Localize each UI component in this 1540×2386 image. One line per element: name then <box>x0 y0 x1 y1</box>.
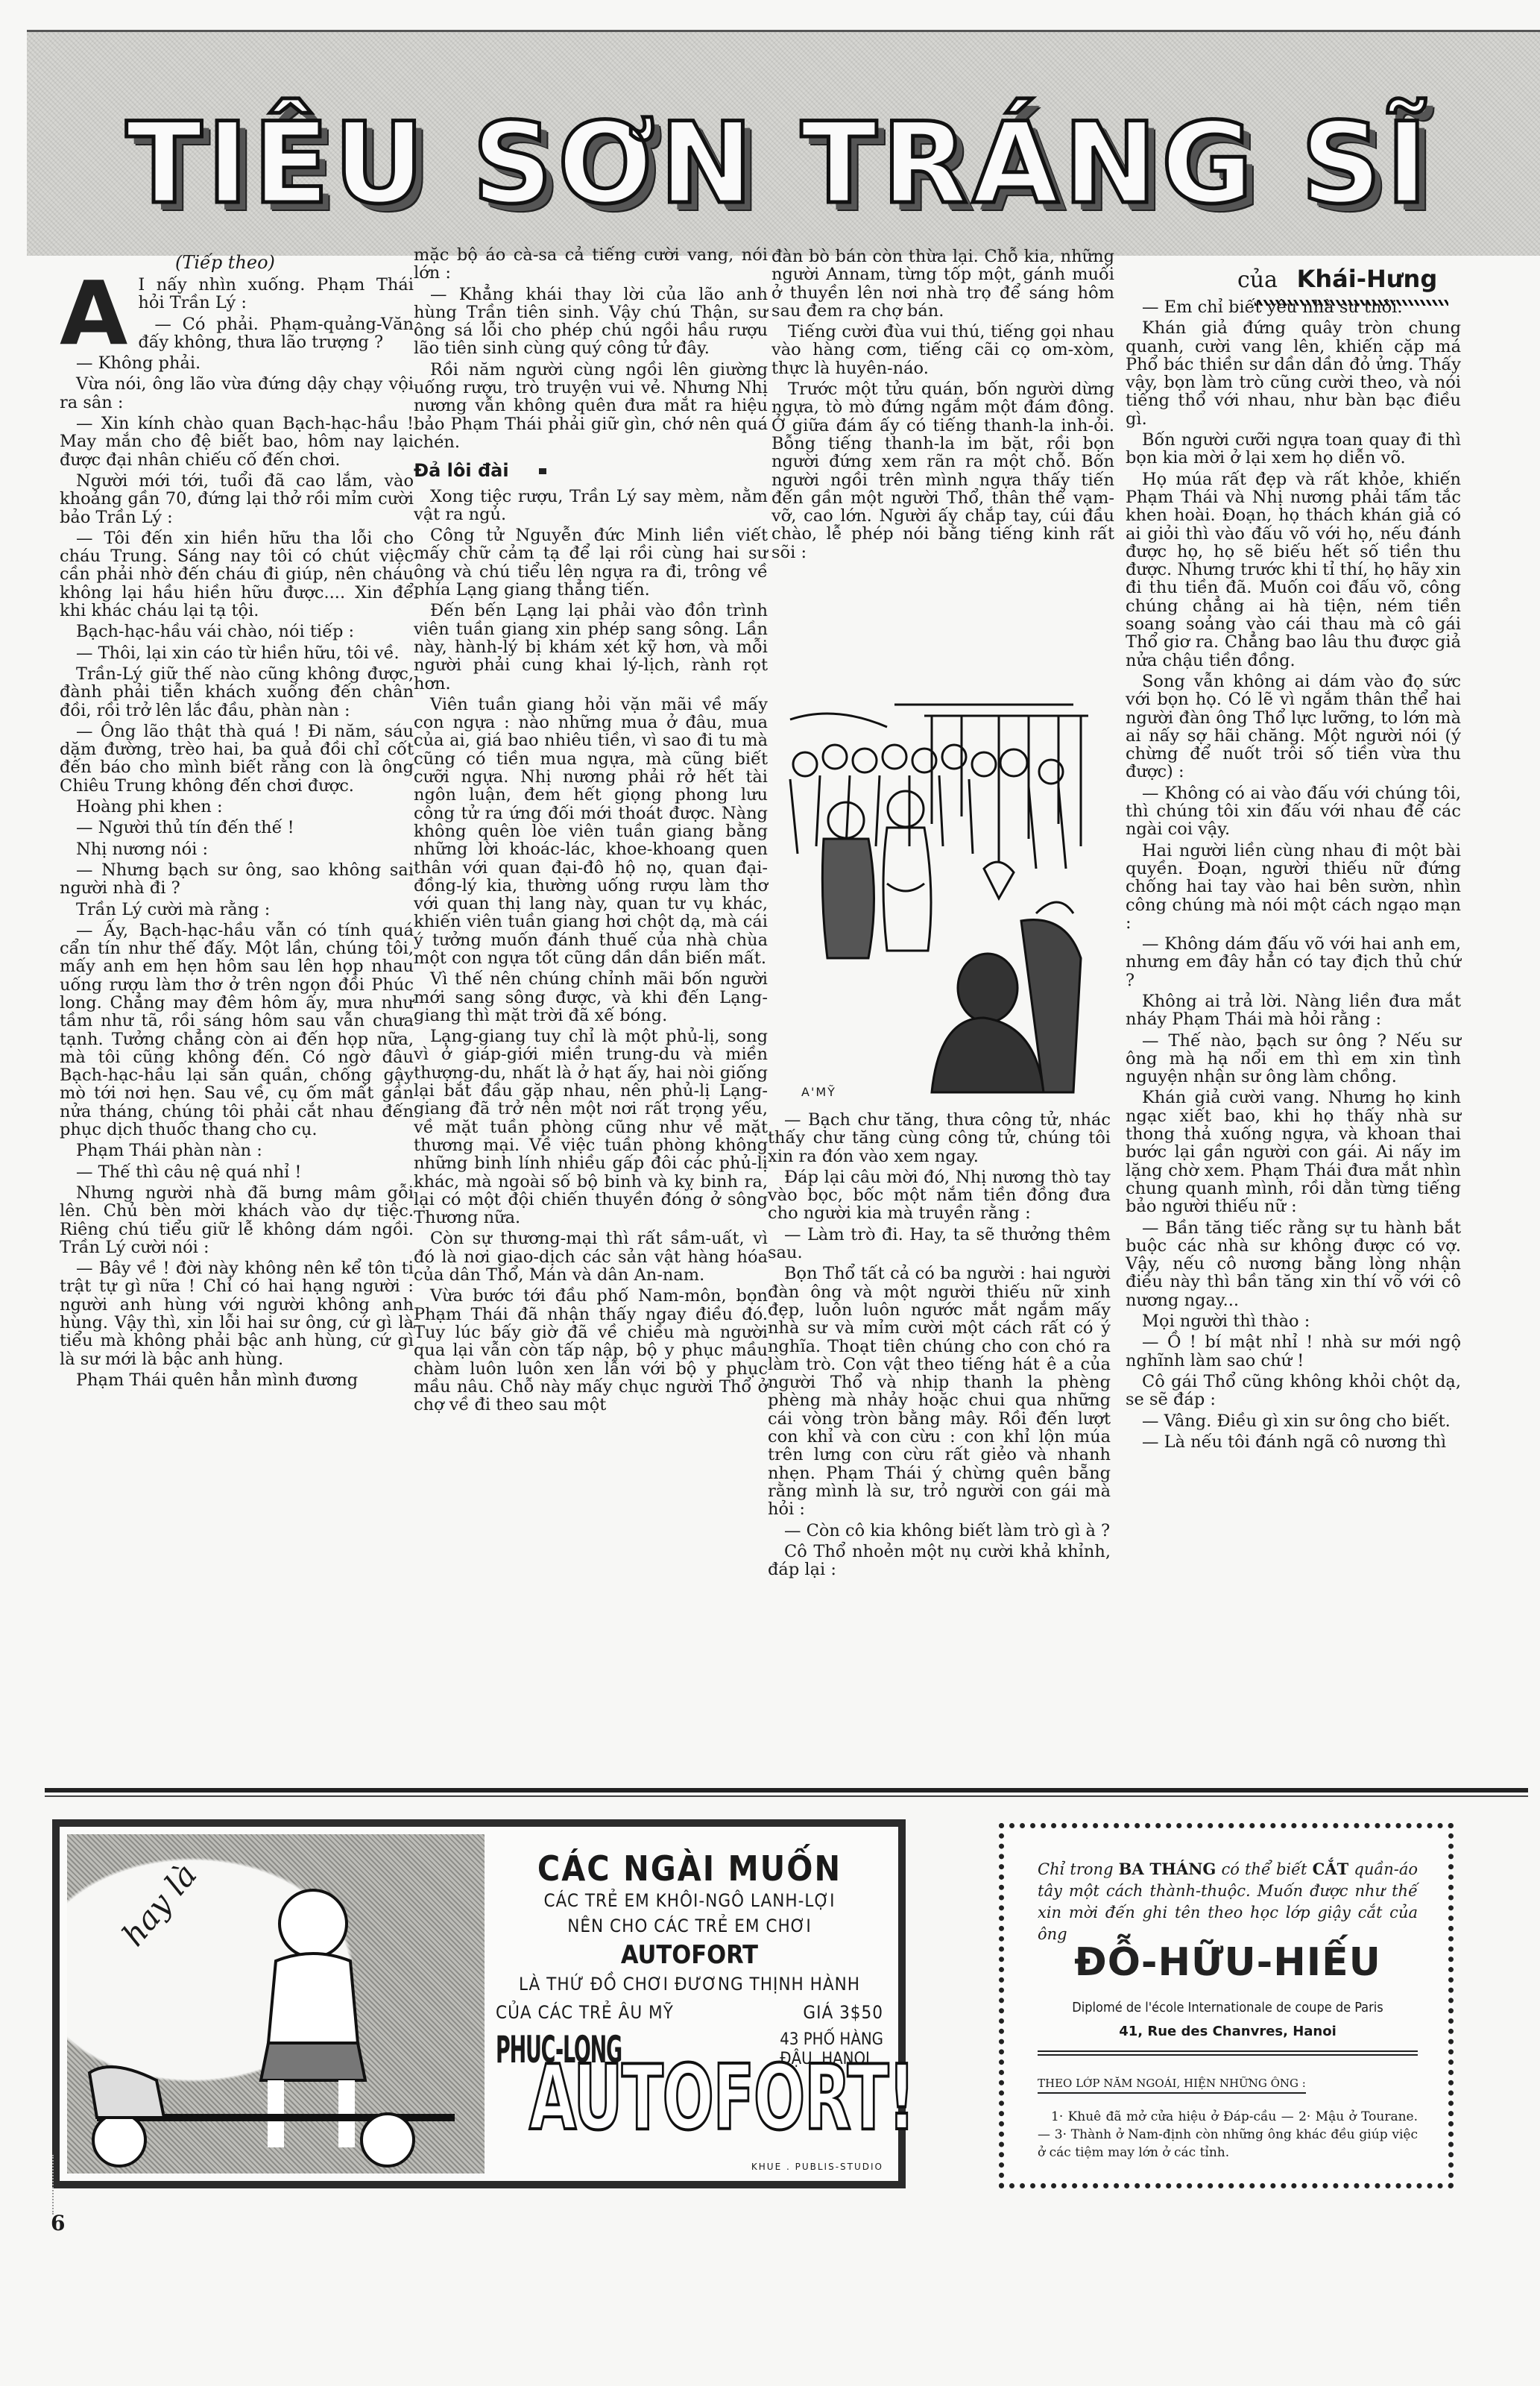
paragraph: — Không dám đấu võ với hai anh em, nhưng… <box>1126 935 1461 989</box>
section-heading: Đả lôi đài <box>414 462 768 479</box>
paragraph: Lạng-giang tuy chỉ là một phủ-lị, song v… <box>414 1027 768 1227</box>
paragraph: — Không phải. <box>60 354 414 372</box>
article-column-3-top: đàn bò bán còn thừa lại. Chỗ kia, những … <box>771 248 1114 650</box>
tailor-address: 41, Rue des Chanvres, Hanoi <box>1038 2024 1418 2039</box>
paragraph: Xong tiệc rượu, Trần Lý say mèm, nằm vật… <box>414 488 768 524</box>
paragraph: Hai người liền cùng nhau đi một bài quyề… <box>1126 842 1461 932</box>
paragraph: Người mới tới, tuổi đã cao lắm, vào khoả… <box>60 472 414 526</box>
paragraph: Khán giả cười vang. Nhưng họ kinh ngạc x… <box>1126 1089 1461 1215</box>
paragraph: — Em chỉ biết yêu nhà sư thôi. <box>1126 298 1461 316</box>
ad-big-brand: AUTOFORT! <box>529 2047 915 2150</box>
paragraph: — Tôi đến xin hiền hữu tha lỗi cho cháu … <box>60 529 414 620</box>
paragraph: Tiếng cười đùa vui thú, tiếng gọi nhau v… <box>771 323 1114 377</box>
paragraph: Bạch-hạc-hầu vái chào, nói tiếp : <box>60 623 414 640</box>
market-scene-illustration <box>775 675 1103 1107</box>
graduates-list: 1· Khuê đã mở cửa hiệu ở Đáp-cầu — 2· Mậ… <box>1038 2108 1418 2162</box>
drop-cap: A <box>60 279 127 347</box>
paragraph: Cô Thổ nhoẻn một nụ cười khả khỉnh, đáp … <box>768 1543 1111 1579</box>
paragraph: — Xin kính chào quan Bạch-hạc-hầu ! May … <box>60 415 414 469</box>
section-divider <box>45 1795 1528 1797</box>
paragraph: Nhị nương nói : <box>60 840 414 858</box>
paragraph: Đáp lại câu mời đó, Nhị nương thò tay và… <box>768 1168 1111 1223</box>
ad-line: NÊN CHO CÁC TRẺ EM CHƠI <box>496 1913 883 1939</box>
paragraph: — Làm trò đi. Hay, ta sẽ thưởng thêm sau… <box>768 1226 1111 1262</box>
margin-mark <box>52 2155 55 2215</box>
paragraph: — Khẳng khái thay lời của lão anh hùng T… <box>414 286 768 358</box>
ad-copy: CÁC NGÀI MUỐN CÁC TRẺ EM KHÔI-NGÔ LANH-L… <box>496 1849 883 2071</box>
child-icon <box>67 1834 485 2173</box>
paragraph: Họ múa rất đẹp và rất khỏe, khiến Phạm T… <box>1126 470 1461 670</box>
tailor-name: ĐỖ-HỮU-HIẾU <box>1049 1940 1407 1985</box>
byline: của Khái-Hưng <box>1237 265 1437 293</box>
paragraph: — Thôi, lại xin cáo từ hiền hữu, tôi về. <box>60 644 414 662</box>
byline-prefix: của <box>1237 267 1278 293</box>
ad-intro: Chỉ trong BA THÁNG có thể biết CẮT quần-… <box>1038 1858 1418 1945</box>
paragraph: — Ấy, Bạch-hạc-hầu vẫn có tính quá cẩn t… <box>60 922 414 1139</box>
child-with-toy-illustration: hay là <box>67 1834 485 2173</box>
paragraph: — Ồ ! bí mật nhỉ ! nhà sư mới ngộ nghĩnh… <box>1126 1333 1461 1370</box>
paragraph: Viên tuần giang hỏi vặn mãi về mấy con n… <box>414 696 768 967</box>
author-name: Khái-Hưng <box>1297 265 1438 293</box>
illustrator-signature: A'MỸ <box>801 1085 836 1099</box>
continued-label: (Tiếp theo) <box>175 252 275 273</box>
paragraph: Trần-Lý giữ thế nào cũng không được, đàn… <box>60 665 414 720</box>
paragraph: Vì thế nên chúng chỉnh mãi bốn người mới… <box>414 970 768 1024</box>
paragraph: — Bần tăng tiếc rằng sự tu hành bắt buộc… <box>1126 1219 1461 1309</box>
paragraph: Song vẫn không ai dám vào đọ sức với bọn… <box>1126 673 1461 781</box>
article-column-4: — Em chỉ biết yêu nhà sư thôi. Khán giả … <box>1126 298 1461 1707</box>
paragraph: — Nhưng bạch sư ông, sao không sai người… <box>60 861 414 898</box>
page-number: 6 <box>51 2211 65 2235</box>
tailor-school-advertisement: Chỉ trong BA THÁNG có thể biết CẮT quần-… <box>999 1823 1454 2188</box>
paragraph: Rồi năm người cùng ngồi lên giường uống … <box>414 361 768 451</box>
article-column-2: mặc bộ áo cà-sa cả tiếng cười vang, nói … <box>414 246 768 1704</box>
paragraph: — Là nếu tôi đánh ngã cô nương thì <box>1126 1433 1461 1451</box>
tailor-diploma: Diplomé de l'école Internationale de cou… <box>1038 2000 1418 2015</box>
article-column-3-bottom: — Bạch chư tăng, thưa công tử, nhác thấy… <box>768 1111 1111 1707</box>
paragraph: Đến bến Lạng lại phải vào đồn trình viên… <box>414 602 768 692</box>
paragraph: Phạm Thái quên hẳn mình đương <box>60 1371 414 1389</box>
paragraph: — Người thủ tín đến thế ! <box>60 819 414 837</box>
paragraph: Trước một tửu quán, bốn người dừng ngựa,… <box>771 380 1114 561</box>
paragraph: Bốn người cưỡi ngựa toan quay đi thì bọn… <box>1126 431 1461 468</box>
paragraph: — Bây về ! đời này không nên kể tôn ti t… <box>60 1259 414 1368</box>
paragraph: Vừa bước tới đầu phố Nam-môn, bọn Phạm T… <box>414 1287 768 1414</box>
paragraph: Cô gái Thổ cũng không khỏi chột dạ, se s… <box>1126 1373 1461 1409</box>
ad-rule <box>1038 2050 1418 2056</box>
autofort-advertisement: hay là CÁC NGÀI MUỐN CÁC TRẺ EM KHÔI-NGÔ… <box>52 1819 906 2188</box>
paragraph: — Vâng. Điều gì xin sư ông cho biết. <box>1126 1412 1461 1430</box>
paragraph: Vừa nói, ông lão vừa đứng dậy chạy vội r… <box>60 375 414 412</box>
paragraph: đàn bò bán còn thừa lại. Chỗ kia, những … <box>771 248 1114 320</box>
ad-studio-credit: KHUE . PUBLIS-STUDIO <box>751 2162 883 2172</box>
paragraph: Không ai trả lời. Nàng liền đưa mắt nháy… <box>1126 992 1461 1029</box>
paragraph: Mọi người thì thào : <box>1126 1312 1461 1330</box>
paragraph: Nhưng người nhà đã bưng mâm gỗi lên. Chủ… <box>60 1184 414 1256</box>
paragraph: Còn sự thương-mại thì rất sầm-uất, vì đó… <box>414 1230 768 1284</box>
ad-line: CÁC TRẺ EM KHÔI-NGÔ LANH-LỢI <box>496 1888 883 1913</box>
ad-tagline: LÀ THỨ ĐỒ CHƠI ĐƯƠNG THỊNH HÀNH <box>496 1971 883 1997</box>
ornament-icon <box>539 468 546 474</box>
article-column-1: AI nấy nhìn xuống. Phạm Thái hỏi Trần Lý… <box>60 276 414 1704</box>
serial-title: TIÊU SƠN TRÁNG SĨ <box>89 108 1468 220</box>
paragraph: Hoàng phi khen : <box>60 798 414 816</box>
paragraph: Công tử Nguyễn đức Minh liền viết mấy ch… <box>414 526 768 599</box>
paragraph: — Không có ai vào đấu với chúng tôi, thì… <box>1126 784 1461 839</box>
ad-subheading: THEO LỚP NĂM NGOÁI, HIỆN NHỮNG ÔNG : <box>1038 2077 1306 2094</box>
ad-price: GIÁ 3$50 <box>803 2000 883 2025</box>
paragraph: Bọn Thổ tất cả có ba người : hai người đ… <box>768 1265 1111 1518</box>
ad-headline: CÁC NGÀI MUỐN <box>496 1849 883 1888</box>
paragraph: — Bạch chư tăng, thưa công tử, nhác thấy… <box>768 1111 1111 1165</box>
paragraph: — Thế nào, bạch sư ông ? Nếu sư ông mà h… <box>1126 1032 1461 1086</box>
ad-tagline: CỦA CÁC TRẺ ÂU MỸ <box>496 2000 674 2025</box>
paragraph: — Thế thì câu nệ quá nhỉ ! <box>60 1163 414 1181</box>
newspaper-page: TIÊU SƠN TRÁNG SĨ (Tiếp theo) của Khái-H… <box>0 0 1540 2386</box>
paragraph: mặc bộ áo cà-sa cả tiếng cười vang, nói … <box>414 246 768 283</box>
paragraph: — Còn cô kia không biết làm trò gì à ? <box>768 1522 1111 1540</box>
ad-price-row: CỦA CÁC TRẺ ÂU MỸ GIÁ 3$50 <box>496 2000 883 2025</box>
paragraph: AI nấy nhìn xuống. Phạm Thái hỏi Trần Lý… <box>60 276 414 312</box>
paragraph: Khán giả đứng quây tròn chung quanh, cườ… <box>1126 319 1461 428</box>
ad-brand: AUTOFORT <box>496 1939 883 1971</box>
paragraph: Phạm Thái phàn nàn : <box>60 1142 414 1159</box>
paragraph: — Ông lão thật thà quá ! Đi năm, sáu dặm… <box>60 723 414 795</box>
section-divider <box>45 1788 1528 1792</box>
paragraph: Trần Lý cười mà rằng : <box>60 901 414 919</box>
